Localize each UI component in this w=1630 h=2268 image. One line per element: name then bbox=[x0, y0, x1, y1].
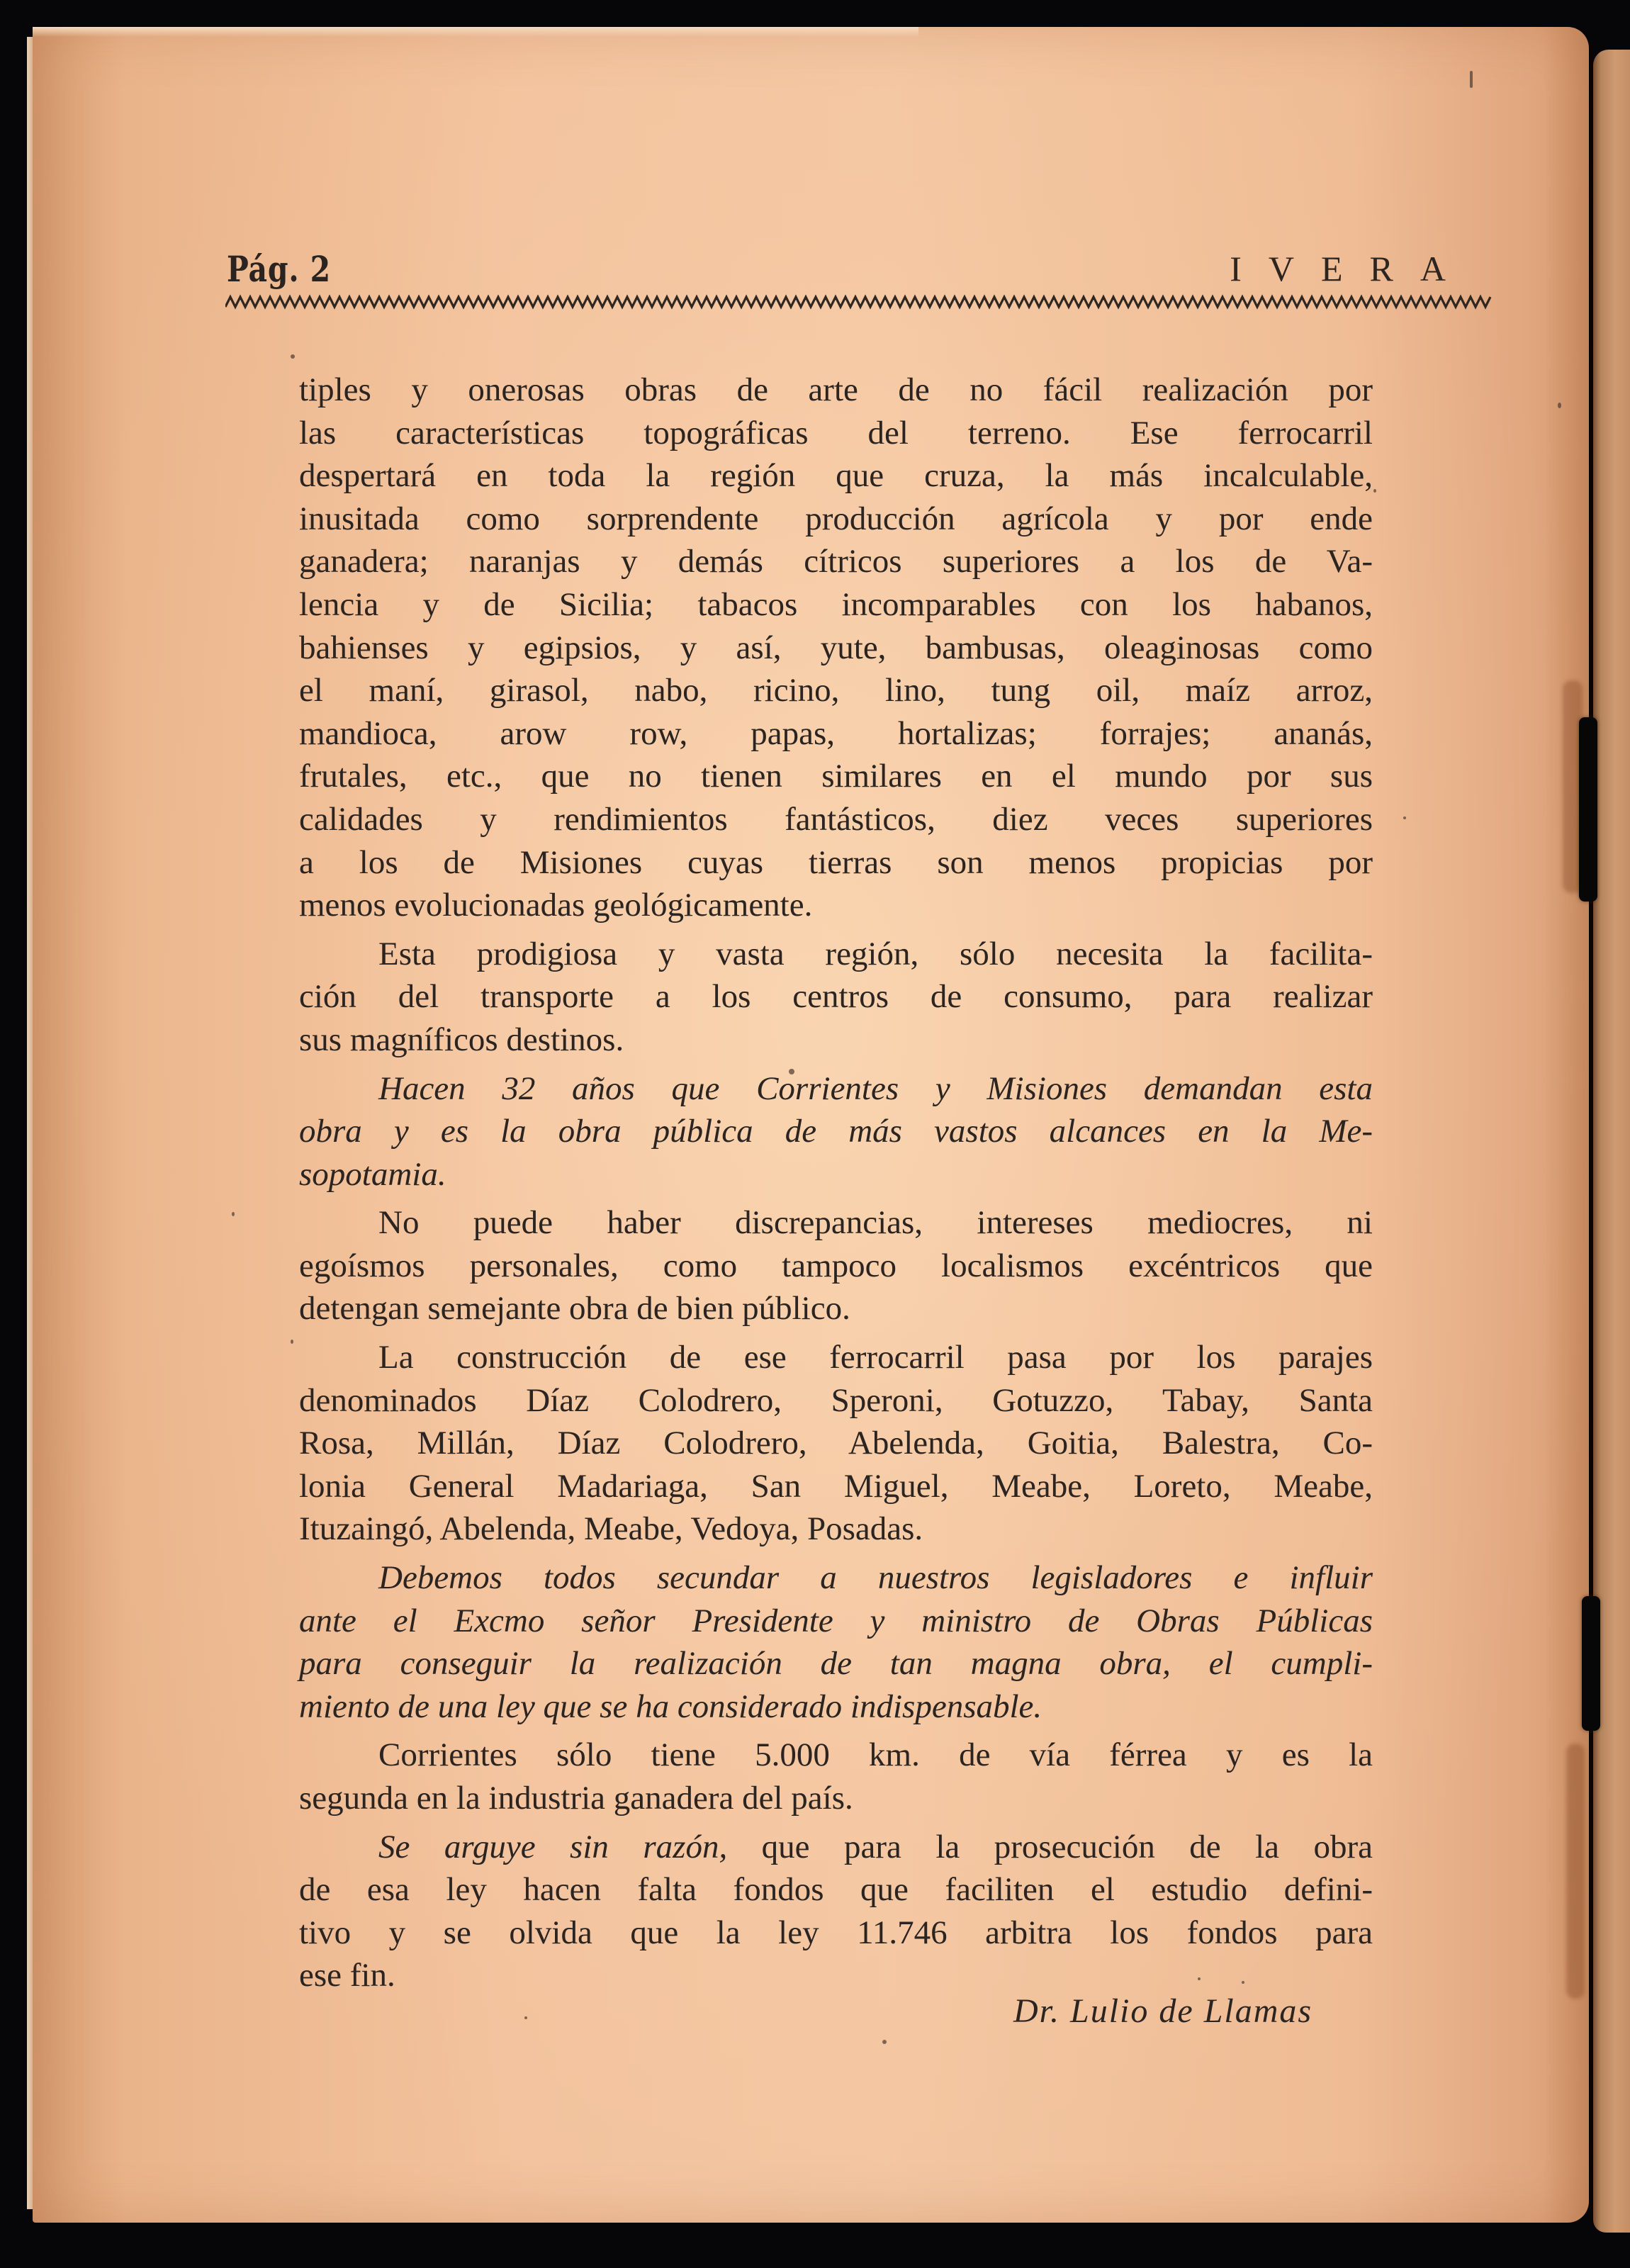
print-speck bbox=[291, 354, 295, 359]
text-line: sopotamia. bbox=[299, 1153, 1373, 1196]
paragraph-gap bbox=[299, 1820, 1373, 1826]
text-line: a los de Misiones cuyas tierras son meno… bbox=[299, 841, 1373, 885]
page-number: Pág. 2 bbox=[227, 248, 331, 290]
text-line: de esa ley hacen falta fondos que facili… bbox=[299, 1868, 1373, 1911]
text-line: obra y es la obra pública de más vastos … bbox=[299, 1110, 1373, 1153]
text-line: Hacen 32 años que Corrientes y Misiones … bbox=[299, 1067, 1373, 1111]
text-line: Esta prodigiosa y vasta región, sólo nec… bbox=[299, 933, 1373, 976]
text-line: lonia General Madariaga, San Miguel, Mea… bbox=[299, 1465, 1373, 1508]
text-line: mandioca, arow row, papas, hortalizas; f… bbox=[299, 712, 1373, 756]
print-speck bbox=[789, 1069, 794, 1074]
print-speck bbox=[1242, 1981, 1244, 1984]
text-line: calidades y rendimientos fantásticos, di… bbox=[299, 798, 1373, 841]
italic-lead: Se arguye sin razón, bbox=[378, 1829, 727, 1865]
text-line: Rosa, Millán, Díaz Colodrero, Abelenda, … bbox=[299, 1422, 1373, 1465]
text-line: detengan semejante obra de bien público. bbox=[299, 1287, 1373, 1330]
binding-thread-upper bbox=[1579, 717, 1597, 902]
print-speck bbox=[291, 1340, 293, 1344]
paragraph-gap bbox=[299, 1551, 1373, 1556]
adjacent-page-edge bbox=[1593, 50, 1630, 2233]
article-body: tiples y onerosas obras de arte de no fá… bbox=[299, 369, 1373, 1997]
text-line: lencia y de Sicilia; tabacos incomparabl… bbox=[299, 583, 1373, 627]
text-line: menos evolucionadas geológicamente. bbox=[299, 884, 1373, 927]
text-line: ción del transporte a los centros de con… bbox=[299, 975, 1373, 1018]
paragraph-gap bbox=[299, 1728, 1373, 1734]
text-line: segunda en la industria ganadera del paí… bbox=[299, 1777, 1373, 1820]
author-signature: Dr. Lulio de Llamas bbox=[1013, 1992, 1313, 2031]
scanned-page-background: Pág. 2 IVERA tiples y onerosas obras de … bbox=[0, 0, 1630, 2268]
text-line: para conseguir la realización de tan mag… bbox=[299, 1642, 1373, 1685]
text-line: sus magníficos destinos. bbox=[299, 1018, 1373, 1062]
print-speck bbox=[1198, 1977, 1201, 1980]
print-speck bbox=[1470, 71, 1473, 88]
paragraph-gap bbox=[299, 1062, 1373, 1067]
text-line: inusitada como sorprendente producción a… bbox=[299, 498, 1373, 541]
text-line: Debemos todos secundar a nuestros legisl… bbox=[299, 1556, 1373, 1600]
zigzag-rule-divider bbox=[225, 294, 1494, 310]
print-speck bbox=[882, 2040, 887, 2044]
text-line: ganadera; naranjas y demás cítricos supe… bbox=[299, 540, 1373, 583]
text-line: denominados Díaz Colodrero, Speroni, Got… bbox=[299, 1379, 1373, 1422]
text-line: miento de una ley que se ha considerado … bbox=[299, 1685, 1373, 1729]
text-line: frutales, etc., que no tienen similares … bbox=[299, 755, 1373, 798]
text-line: el maní, girasol, nabo, ricino, lino, tu… bbox=[299, 669, 1373, 712]
text-line: Se arguye sin razón, que para la prosecu… bbox=[299, 1826, 1373, 1869]
print-speck bbox=[232, 1212, 235, 1216]
print-speck bbox=[1558, 403, 1561, 408]
text-line: tiples y onerosas obras de arte de no fá… bbox=[299, 369, 1373, 412]
text-line: ese fin. bbox=[299, 1954, 1373, 1997]
text-line: tivo y se olvida que la ley 11.746 arbit… bbox=[299, 1911, 1373, 1955]
text-line: despertará en toda la región que cruza, … bbox=[299, 454, 1373, 498]
print-speck bbox=[524, 2016, 527, 2019]
text-line: bahienses y egipsios, y así, yute, bambu… bbox=[299, 627, 1373, 670]
text-line: No puede haber discrepancias, intereses … bbox=[299, 1201, 1373, 1245]
spine-stain bbox=[1566, 1744, 1585, 1999]
text-line: La construcción de ese ferrocarril pasa … bbox=[299, 1336, 1373, 1379]
binding-thread-lower bbox=[1582, 1596, 1600, 1731]
print-speck bbox=[1403, 816, 1406, 819]
text-line: egoísmos personales, como tampoco locali… bbox=[299, 1245, 1373, 1288]
paragraph-gap bbox=[299, 1330, 1373, 1336]
publication-masthead: IVERA bbox=[1230, 248, 1473, 289]
text-line: las características topográficas del ter… bbox=[299, 412, 1373, 455]
print-speck bbox=[1373, 489, 1376, 493]
paragraph-gap bbox=[299, 1196, 1373, 1201]
text-line: Ituzaingó, Abelenda, Meabe, Vedoya, Posa… bbox=[299, 1508, 1373, 1551]
paragraph-gap bbox=[299, 927, 1373, 933]
text-line: ante el Excmo señor Presidente y ministr… bbox=[299, 1600, 1373, 1643]
text-line: Corrientes sólo tiene 5.000 km. de vía f… bbox=[299, 1734, 1373, 1777]
